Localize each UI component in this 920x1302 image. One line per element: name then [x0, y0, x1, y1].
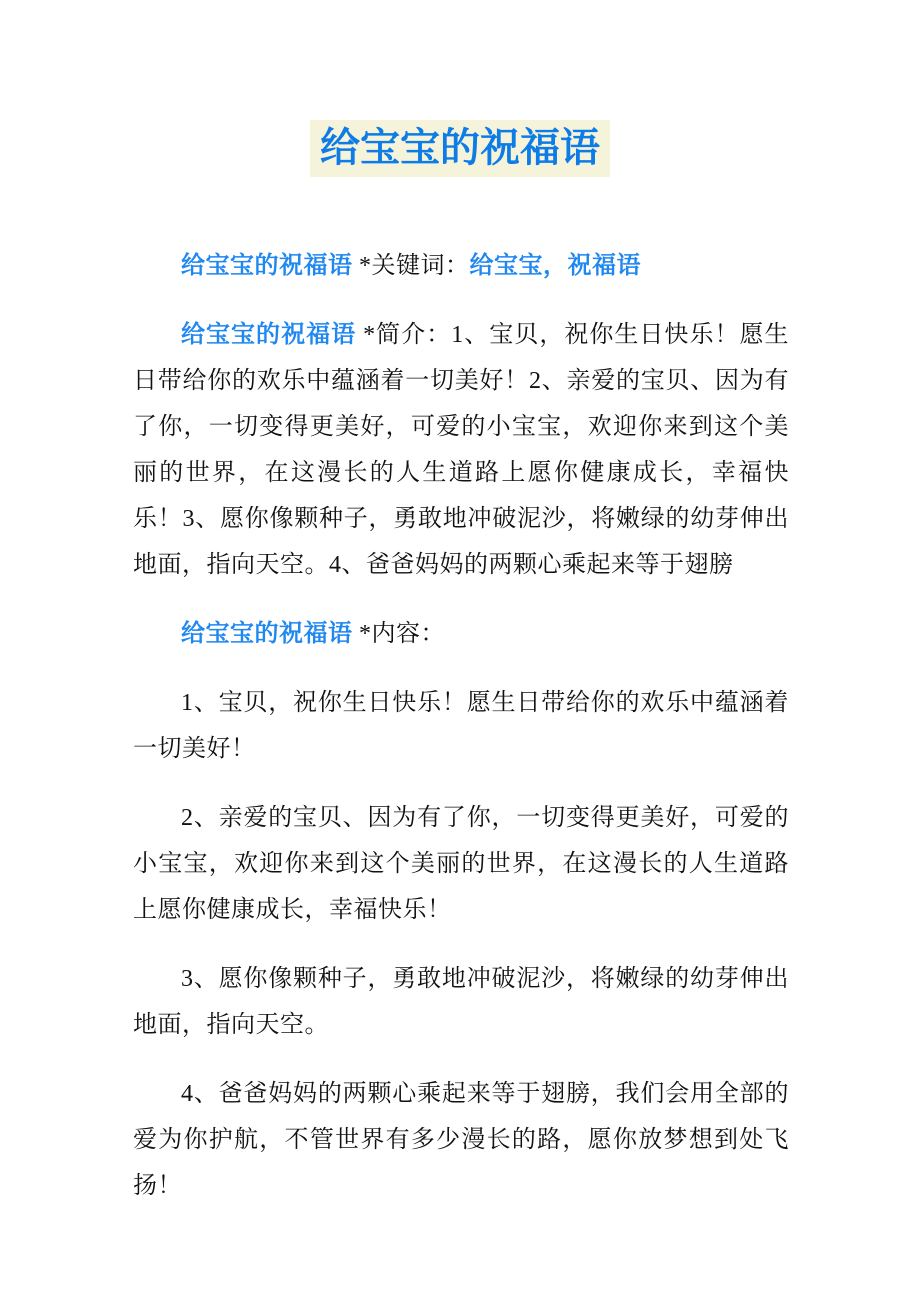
document-page: 给宝宝的祝福语 给宝宝的祝福语 *关键词：给宝宝，祝福语 给宝宝的祝福语 *简介…	[0, 0, 920, 1302]
blessing-item-1: 1、宝贝，祝你生日快乐！愿生日带给你的欢乐中蕴涵着一切美好！	[133, 680, 789, 772]
blessing-item-4-text: 4、爸爸妈妈的两颗心乘起来等于翅膀，我们会用全部的爱为你护航，不管世界有多少漫长…	[133, 1081, 789, 1199]
intro-paragraph: 给宝宝的祝福语 *简介：1、宝贝，祝你生日快乐！愿生日带给你的欢乐中蕴涵着一切美…	[133, 312, 789, 588]
intro-label: *简介：	[356, 322, 451, 348]
keywords-run-in-heading: 给宝宝的祝福语	[181, 252, 353, 279]
intro-text: 1、宝贝，祝你生日快乐！愿生日带给你的欢乐中蕴涵着一切美好！2、亲爱的宝贝、因为…	[133, 322, 789, 578]
page-title: 给宝宝的祝福语	[0, 120, 920, 177]
blessing-item-2-text: 2、亲爱的宝贝、因为有了你，一切变得更美好，可爱的小宝宝，欢迎你来到这个美丽的世…	[133, 805, 789, 923]
content-label: *内容：	[353, 621, 446, 647]
intro-run-in-heading: 给宝宝的祝福语	[181, 321, 356, 348]
content-run-in-heading: 给宝宝的祝福语	[181, 620, 353, 647]
content-heading-line: 给宝宝的祝福语 *内容：	[133, 611, 789, 657]
keywords-value: 给宝宝，祝福语	[470, 252, 642, 279]
keywords-line: 给宝宝的祝福语 *关键词：给宝宝，祝福语	[133, 243, 789, 289]
document-body: 给宝宝的祝福语 *关键词：给宝宝，祝福语 给宝宝的祝福语 *简介：1、宝贝，祝你…	[133, 243, 789, 1209]
blessing-item-2: 2、亲爱的宝贝、因为有了你，一切变得更美好，可爱的小宝宝，欢迎你来到这个美丽的世…	[133, 795, 789, 933]
blessing-item-1-text: 1、宝贝，祝你生日快乐！愿生日带给你的欢乐中蕴涵着一切美好！	[133, 690, 789, 762]
blessing-item-3: 3、愿你像颗种子，勇敢地冲破泥沙，将嫩绿的幼芽伸出地面，指向天空。	[133, 956, 789, 1048]
blessing-item-4: 4、爸爸妈妈的两颗心乘起来等于翅膀，我们会用全部的爱为你护航，不管世界有多少漫长…	[133, 1071, 789, 1209]
keywords-label: *关键词：	[353, 253, 470, 279]
blessing-item-3-text: 3、愿你像颗种子，勇敢地冲破泥沙，将嫩绿的幼芽伸出地面，指向天空。	[133, 966, 789, 1038]
title-highlighted-text: 给宝宝的祝福语	[310, 120, 610, 177]
